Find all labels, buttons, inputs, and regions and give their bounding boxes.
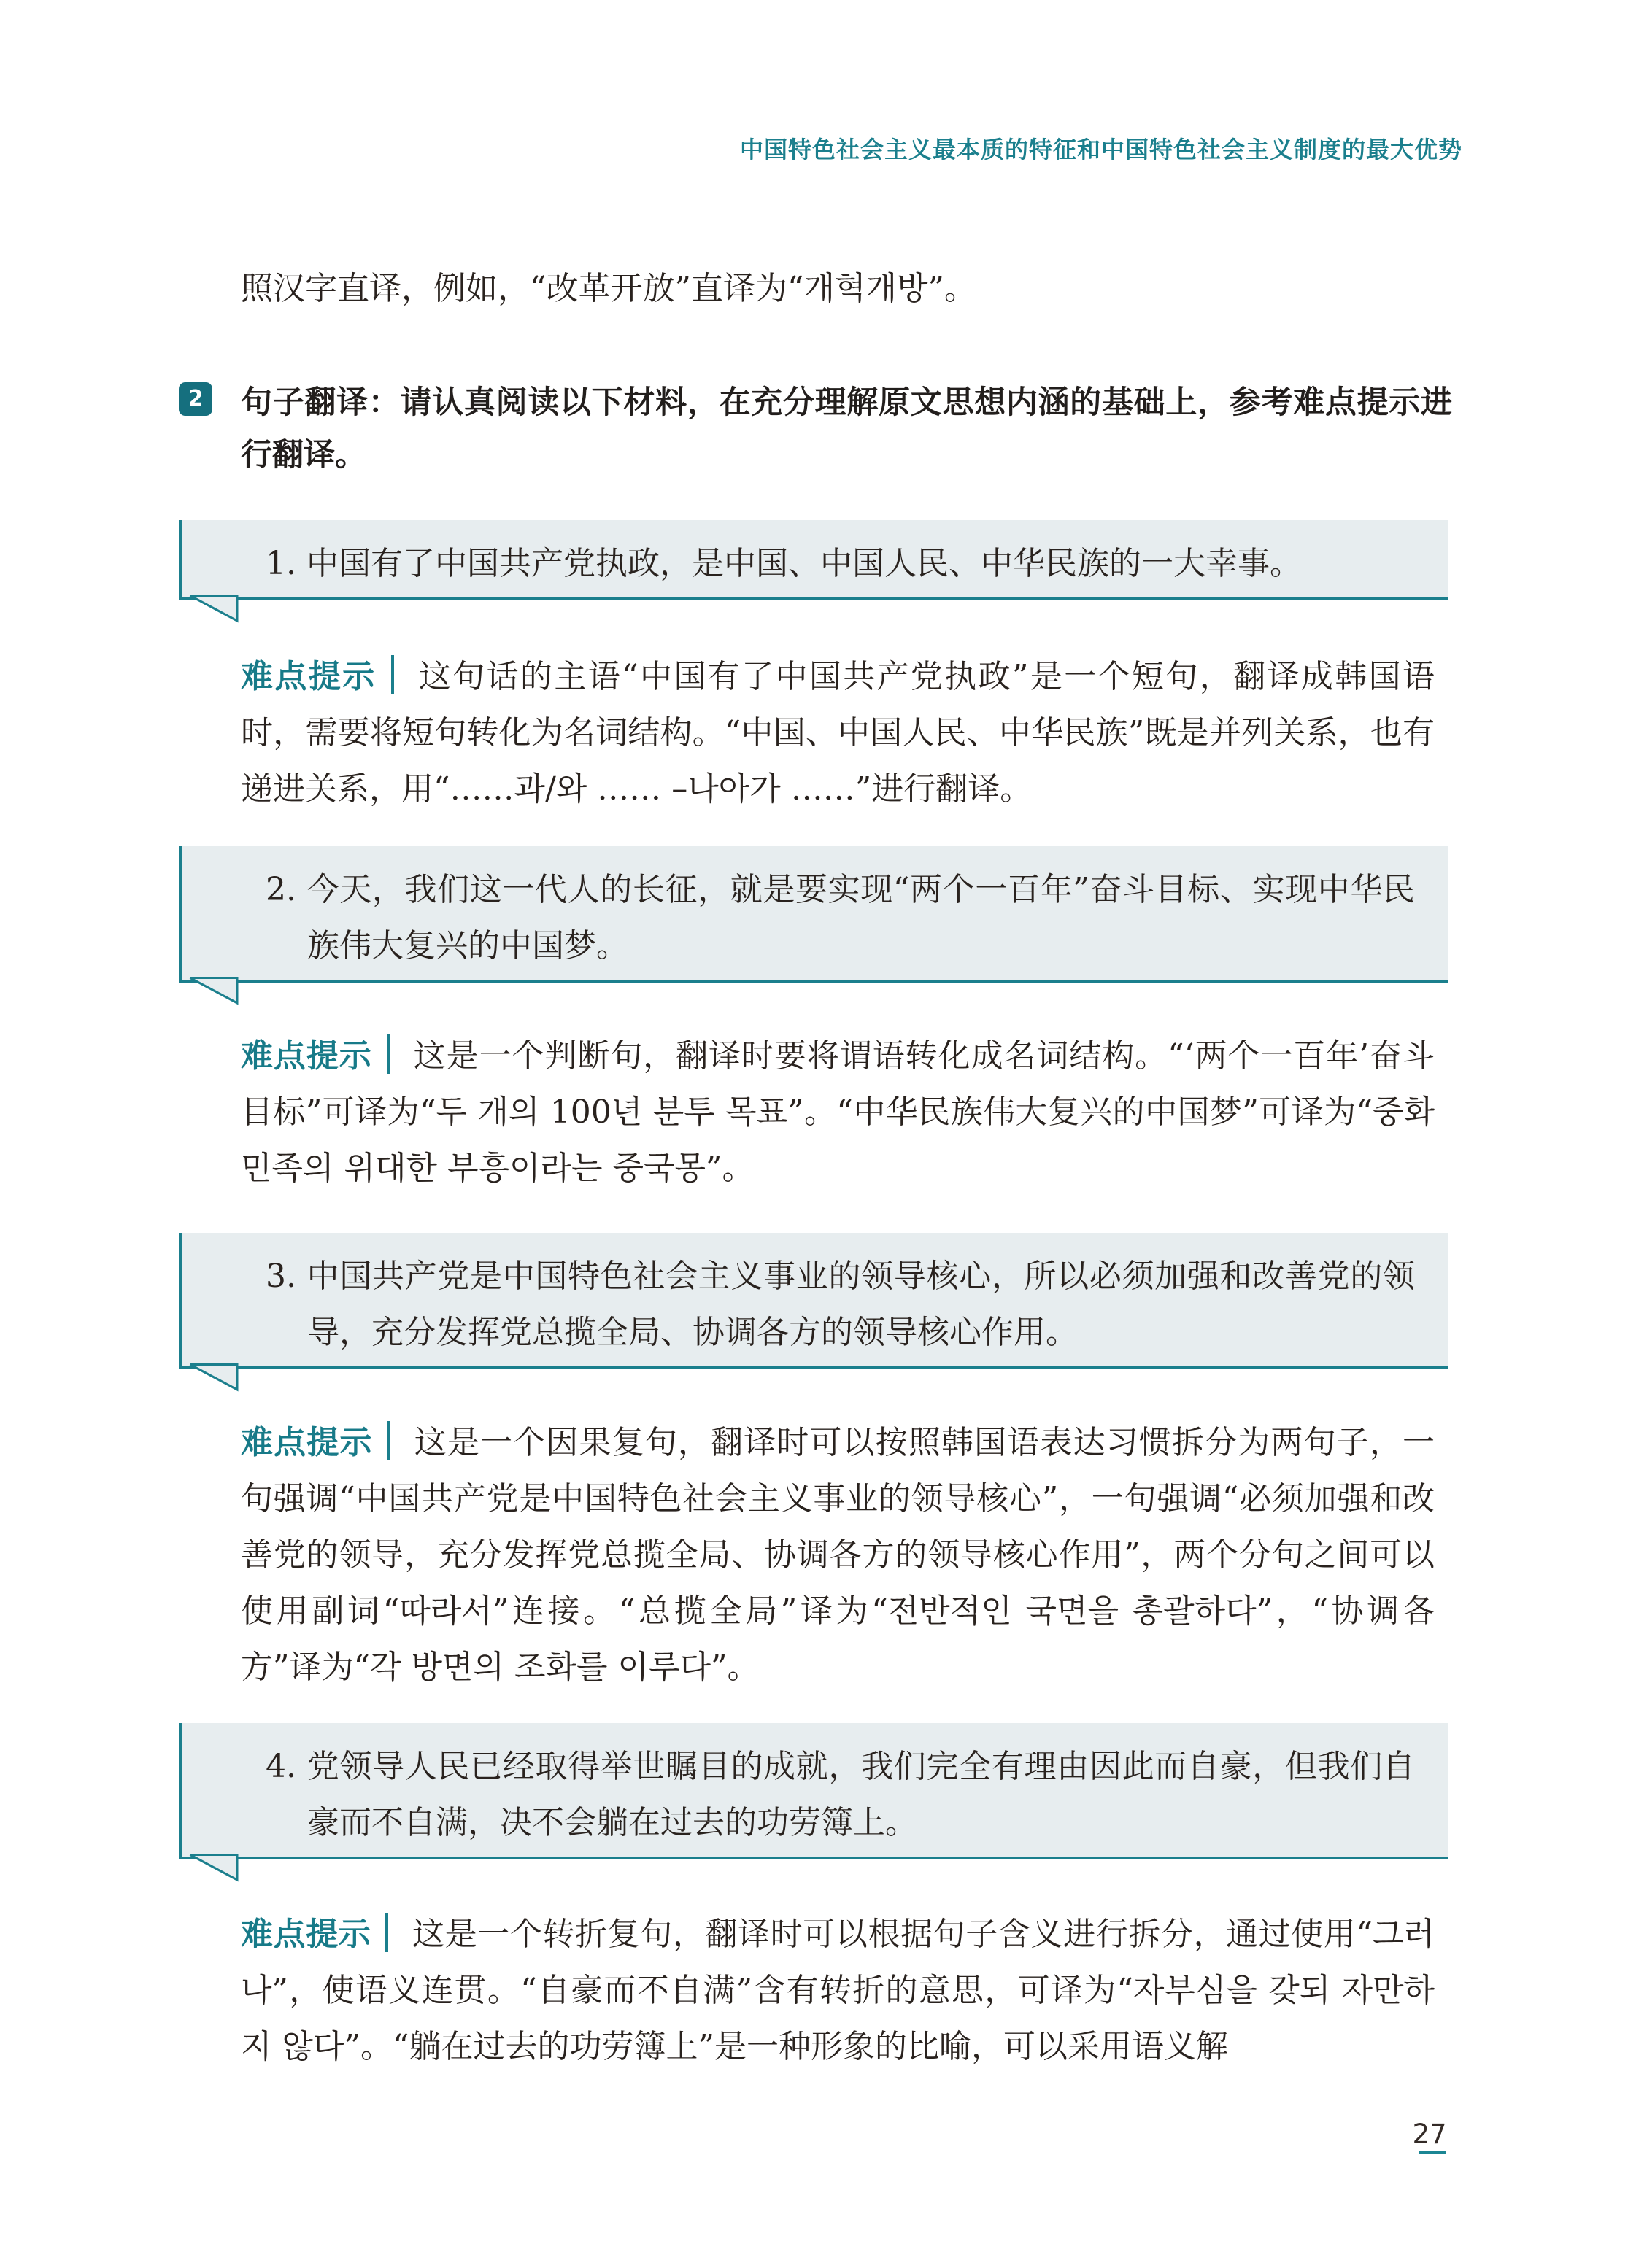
speech-bubble-tail-icon — [189, 1854, 240, 1883]
hint-divider-bar — [385, 1913, 388, 1952]
hint-label: 难点提示 — [241, 1424, 373, 1461]
hint-text: 这是一个判断句，翻译时要将谓语转化成名词结构。“‘两个一百年’奋斗目标”可译为“… — [241, 1037, 1435, 1187]
sentence-text: 3. 中国共产党是中国特色社会主义事业的领导核心，所以必须加强和改善党的领导，充… — [182, 1233, 1448, 1366]
hint-paragraph-3: 难点提示这是一个因果复句，翻译时可以按照韩国语表达习惯拆分为两句子，一句强调“中… — [241, 1414, 1435, 1695]
sentence-text: 2. 今天，我们这一代人的长征，就是要实现“两个一百年”奋斗目标、实现中华民族伟… — [182, 846, 1448, 980]
hint-text: 这句话的主语“中国有了中国共产党执政”是一个短句，翻译成韩国语时，需要将短句转化… — [241, 658, 1435, 808]
section-number-badge: 2 — [179, 382, 212, 416]
hint-divider-bar — [391, 655, 394, 694]
hint-paragraph-2: 难点提示这是一个判断句，翻译时要将谓语转化成名词结构。“‘两个一百年’奋斗目标”… — [241, 1028, 1435, 1196]
hint-paragraph-1: 难点提示这句话的主语“中国有了中国共产党执政”是一个短句，翻译成韩国语时，需要将… — [241, 649, 1435, 817]
sentence-text: 1. 中国有了中国共产党执政，是中国、中国人民、中华民族的一大幸事。 — [182, 520, 1448, 597]
hint-paragraph-4: 难点提示这是一个转折复句，翻译时可以根据句子含义进行拆分，通过使用“그러나”，使… — [241, 1906, 1435, 2075]
hint-text: 这是一个转折复句，翻译时可以根据句子含义进行拆分，通过使用“그러나”，使语义连贯… — [241, 1916, 1435, 2065]
sentence-text: 4. 党领导人民已经取得举世瞩目的成就，我们完全有理由因此而自豪，但我们自豪而不… — [182, 1723, 1448, 1857]
hint-divider-bar — [387, 1034, 390, 1074]
running-header: 中国特色社会主义最本质的特征和中国特色社会主义制度的最大优势 — [178, 137, 1462, 162]
hint-label: 难点提示 — [241, 1037, 372, 1075]
hint-divider-bar — [387, 1421, 390, 1460]
hint-label: 难点提示 — [241, 1916, 371, 1953]
speech-bubble-tail-icon — [189, 1363, 240, 1393]
sentence-box-2: 2. 今天，我们这一代人的长征，就是要实现“两个一百年”奋斗目标、实现中华民族伟… — [179, 846, 1448, 983]
page-number-rule — [1419, 2151, 1446, 2154]
book-page: 中国特色社会主义最本质的特征和中国特色社会主义制度的最大优势 照汉字直译，例如，… — [0, 0, 1628, 2268]
section-heading: 句子翻译：请认真阅读以下材料，在充分理解原文思想内涵的基础上，参考难点提示进行翻… — [241, 376, 1452, 481]
intro-paragraph: 照汉字直译，例如，“改革开放”直译为“개혁개방”。 — [241, 266, 1452, 311]
speech-bubble-tail-icon — [189, 595, 240, 624]
speech-bubble-tail-icon — [189, 977, 240, 1006]
sentence-box-3: 3. 中国共产党是中国特色社会主义事业的领导核心，所以必须加强和改善党的领导，充… — [179, 1233, 1448, 1369]
hint-text: 这是一个因果复句，翻译时可以按照韩国语表达习惯拆分为两句子，一句强调“中国共产党… — [241, 1424, 1435, 1686]
sentence-box-4: 4. 党领导人民已经取得举世瞩目的成就，我们完全有理由因此而自豪，但我们自豪而不… — [179, 1723, 1448, 1859]
hint-label: 难点提示 — [241, 658, 377, 695]
sentence-box-1: 1. 中国有了中国共产党执政，是中国、中国人民、中华民族的一大幸事。 — [179, 520, 1448, 600]
page-number: 27 — [1406, 2119, 1453, 2150]
